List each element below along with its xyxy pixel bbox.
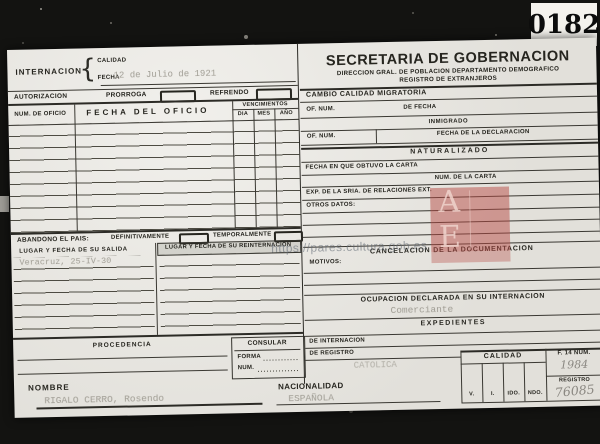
fecha-declaracion-label: FECHA DE LA DECLARACION [437, 129, 530, 137]
consular-num-label: NUM. [238, 365, 255, 371]
de-fecha-label: DE FECHA [403, 104, 436, 111]
film-speckles [40, 8, 42, 10]
exp-sria-label: EXP. DE LA SRIA. DE RELACIONES EXT. [306, 187, 432, 196]
calidad-col-ndo: NDO. [524, 390, 546, 396]
column-divider [376, 129, 377, 143]
de-internacion-label: DE INTERNACION [309, 338, 365, 345]
forma-label: FORMA [237, 354, 261, 360]
fecha-oficio-header: FECHA DEL OFICIO [86, 106, 209, 118]
brace-glyph: { [79, 54, 96, 84]
registry-card: INTERNACION { CALIDAD FECHA 12 de Julio … [7, 38, 600, 418]
venc-col-ano: AÑO [274, 110, 298, 117]
fecha-carta-label: FECHA EN QUE OBTUVO LA CARTA [305, 162, 418, 170]
internacion-label: INTERNACION [15, 66, 82, 76]
abandono-label: ABANDONO EL PAIS: [17, 235, 89, 244]
reinternacion-ruled-lines [159, 252, 301, 335]
religion-value: CATOLICA [354, 360, 397, 371]
autorizacion-label: AUTORIZACION [14, 93, 67, 101]
calidad-col-v: V. [461, 391, 482, 397]
salida-header: LUGAR Y FECHA DE SU SALIDA [19, 247, 128, 255]
calidad-label: CALIDAD [97, 58, 126, 65]
calidad-col-i: I. [482, 391, 503, 397]
of-num-label: OF. NUM. [306, 106, 335, 113]
fecha-value: 12 de Julio de 1921 [113, 69, 216, 81]
f14-value: 1984 [546, 358, 600, 372]
rule-line [305, 330, 600, 337]
venc-col-dia: DIA [232, 111, 253, 117]
nombre-label: NOMBRE [28, 383, 70, 393]
venc-col-mes: MES [253, 110, 274, 116]
of-num2-label: OF. NUM. [307, 133, 336, 140]
num-oficio-header: NUM. DE OFICIO [14, 111, 66, 118]
ocupacion-value: Comerciante [390, 304, 453, 316]
de-registro-label: DE REGISTRO [309, 350, 354, 357]
definitivamente-label: DEFINITIVAMENTE [111, 234, 170, 241]
rule-line [17, 355, 227, 360]
motivos-label: MOTIVOS: [309, 259, 341, 266]
rule-line [8, 85, 298, 92]
num-carta-label: NUM. DE LA CARTA [435, 174, 497, 181]
table-ruled-rows [9, 119, 301, 233]
column-divider [155, 243, 158, 335]
registro-value: 76085 [546, 381, 600, 401]
consular-header: CONSULAR [231, 339, 303, 348]
calidad-box-header: CALIDAD [460, 352, 545, 361]
nacionalidad-label: NACIONALIDAD [278, 381, 344, 391]
salida-ruled-lines [13, 255, 155, 338]
rule-line [304, 267, 600, 274]
temporalmente-label: TEMPORALMENTE [213, 232, 272, 239]
procedencia-header: PROCEDENCIA [13, 339, 231, 351]
film-scratch [0, 196, 9, 212]
archive-number: 0182 [528, 10, 600, 40]
rule-line [304, 279, 600, 286]
cambio-calidad-header: CAMBIO CALIDAD MIGRATORIA [306, 89, 427, 99]
pares-logo-letters: A E [438, 184, 510, 255]
rule-line [18, 369, 228, 374]
inmigrado-label: INMIGRADO [429, 118, 469, 125]
pares-logo-caption [431, 251, 510, 264]
film-scan: { "film": { "corner_number": "0182", "wa… [0, 0, 600, 444]
refrendo-label: REFRENDO [210, 89, 249, 97]
otros-datos-label: OTROS DATOS: [306, 202, 355, 209]
prorroga-label: PRORROGA [106, 91, 147, 99]
f14-label: F. 14 NUM. [545, 350, 600, 357]
calidad-col-ido: IDO. [503, 390, 524, 396]
